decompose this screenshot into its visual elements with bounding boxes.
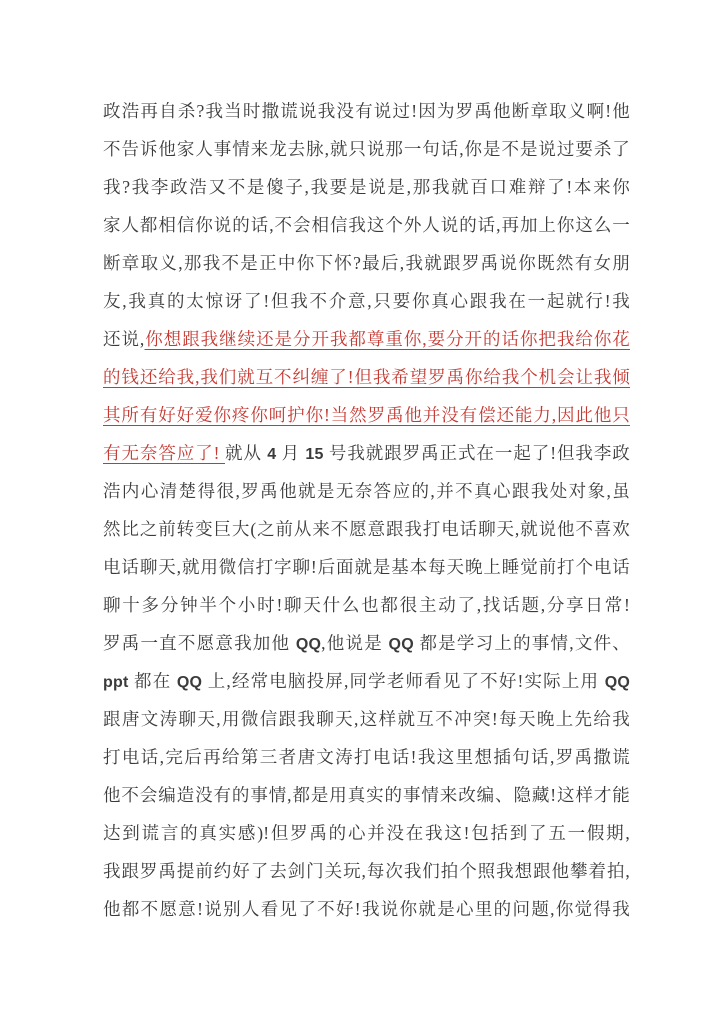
text-line: 有无奈答应了! 就从 4 月 15 号我就跟罗禹正式在一起了!但我李政 — [103, 434, 630, 472]
highlighted-text-run: 的钱还给我,我们就互不纠缠了!但我希望罗禹你给我个机会让我倾 — [103, 367, 630, 387]
latin-text: QQ — [296, 636, 321, 653]
text-line: 跟唐文涛聊天,用微信跟我聊天,这样就互不冲突!每天晚上先给我 — [103, 700, 630, 738]
text-line: 断章取义,那我不是正中你下怀?最后,我就跟罗禹说你既然有女朋 — [103, 244, 630, 282]
text-run: 断章取义,那我不是正中你下怀?最后,我就跟罗禹说你既然有女朋 — [103, 253, 630, 273]
text-run: 我跟罗禹提前约好了去剑门关玩,每次我们拍个照我想跟他攀着拍, — [103, 861, 630, 881]
text-line: 达到谎言的真实感)!但罗禹的心并没在我这!包括到了五一假期, — [103, 814, 630, 852]
text-run: 打电话,完后再给第三者唐文涛打电话!我这里想插句话,罗禹撒谎 — [103, 747, 630, 767]
text-line: 我跟罗禹提前约好了去剑门关玩,每次我们拍个照我想跟他攀着拍, — [103, 852, 630, 890]
text-run: ppt 都在 QQ 上,经常电脑投屏,同学老师看见了不好!实际上用 QQ — [103, 671, 630, 691]
text-line: 家人都相信你说的话,不会相信我这个外人说的话,再加上你这么一 — [103, 206, 630, 244]
text-run: 达到谎言的真实感)!但罗禹的心并没在我这!包括到了五一假期, — [103, 823, 630, 843]
text-line: 其所有好好爱你疼你呵护你!当然罗禹他并没有偿还能力,因此他只 — [103, 396, 630, 434]
text-line: 不告诉他家人事情来龙去脉,就只说那一句话,你是不是说过要杀了 — [103, 130, 630, 168]
text-line: ppt 都在 QQ 上,经常电脑投屏,同学老师看见了不好!实际上用 QQ — [103, 662, 630, 700]
text-line: 浩内心清楚得很,罗禹他就是无奈答应的,并不真心跟我处对象,虽 — [103, 472, 630, 510]
text-line: 政浩再自杀?我当时撒谎说我没有说过!因为罗禹他断章取义啊!他 — [103, 92, 630, 130]
text-block: 政浩再自杀?我当时撒谎说我没有说过!因为罗禹他断章取义啊!他不告诉他家人事情来龙… — [103, 92, 630, 928]
latin-text: QQ — [389, 636, 414, 653]
text-run: 我?我李政浩又不是傻子,我要是说是,那我就百口难辩了!本来你 — [103, 177, 630, 197]
latin-text: ppt — [103, 674, 128, 691]
text-line: 我?我李政浩又不是傻子,我要是说是,那我就百口难辩了!本来你 — [103, 168, 630, 206]
text-line: 聊十多分钟半个小时!聊天什么也都很主动了,找话题,分享日常! — [103, 586, 630, 624]
highlighted-text-run: 你想跟我继续还是分开我都尊重你,要分开的话你把我给你花 — [145, 329, 630, 349]
text-line: 他都不愿意!说别人看见了不好!我说你就是心里的问题,你觉得我 — [103, 890, 630, 928]
text-run: 罗禹一直不愿意我加他 QQ,他说是 QQ 都是学习上的事情,文件、 — [103, 633, 630, 653]
text-line: 电话聊天,就用微信打字聊!后面就是基本每天晚上睡觉前打个电话 — [103, 548, 630, 586]
text-line: 罗禹一直不愿意我加他 QQ,他说是 QQ 都是学习上的事情,文件、 — [103, 624, 630, 662]
text-line: 友,我真的太惊讶了!但我不介意,只要你真心跟我在一起就行!我 — [103, 282, 630, 320]
text-run: 不告诉他家人事情来龙去脉,就只说那一句话,你是不是说过要杀了 — [103, 139, 630, 159]
highlighted-text-run: 有无奈答应了! — [103, 443, 225, 463]
text-run: 他不会编造没有的事情,都是用真实的事情来改编、隐藏!这样才能 — [103, 785, 630, 805]
text-run: 浩内心清楚得很,罗禹他就是无奈答应的,并不真心跟我处对象,虽 — [103, 481, 630, 501]
highlighted-text-run: 其所有好好爱你疼你呵护你!当然罗禹他并没有偿还能力,因此他只 — [103, 405, 630, 425]
latin-text: 4 — [267, 446, 276, 463]
text-run: 就从 4 月 15 号我就跟罗禹正式在一起了!但我李政 — [225, 443, 630, 463]
text-run: 然比之前转变巨大(之前从来不愿意跟我打电话聊天,就说他不喜欢 — [103, 519, 630, 539]
text-run: 家人都相信你说的话,不会相信我这个外人说的话,再加上你这么一 — [103, 215, 630, 235]
text-run: 友,我真的太惊讶了!但我不介意,只要你真心跟我在一起就行!我 — [103, 291, 630, 311]
text-line: 打电话,完后再给第三者唐文涛打电话!我这里想插句话,罗禹撒谎 — [103, 738, 630, 776]
document-page: 政浩再自杀?我当时撒谎说我没有说过!因为罗禹他断章取义啊!他不告诉他家人事情来龙… — [0, 0, 724, 1024]
text-line: 然比之前转变巨大(之前从来不愿意跟我打电话聊天,就说他不喜欢 — [103, 510, 630, 548]
latin-text: 15 — [305, 446, 323, 463]
text-run: 政浩再自杀?我当时撒谎说我没有说过!因为罗禹他断章取义啊!他 — [103, 101, 630, 121]
text-run: 他都不愿意!说别人看见了不好!我说你就是心里的问题,你觉得我 — [103, 899, 630, 919]
text-run: 还说, — [103, 329, 145, 349]
text-line: 的钱还给我,我们就互不纠缠了!但我希望罗禹你给我个机会让我倾 — [103, 358, 630, 396]
text-run: 聊十多分钟半个小时!聊天什么也都很主动了,找话题,分享日常! — [103, 595, 630, 615]
text-run: 跟唐文涛聊天,用微信跟我聊天,这样就互不冲突!每天晚上先给我 — [103, 709, 630, 729]
text-run: 电话聊天,就用微信打字聊!后面就是基本每天晚上睡觉前打个电话 — [103, 557, 630, 577]
text-line: 还说,你想跟我继续还是分开我都尊重你,要分开的话你把我给你花 — [103, 320, 630, 358]
text-line: 他不会编造没有的事情,都是用真实的事情来改编、隐藏!这样才能 — [103, 776, 630, 814]
latin-text: QQ — [605, 674, 630, 691]
latin-text: QQ — [177, 674, 202, 691]
